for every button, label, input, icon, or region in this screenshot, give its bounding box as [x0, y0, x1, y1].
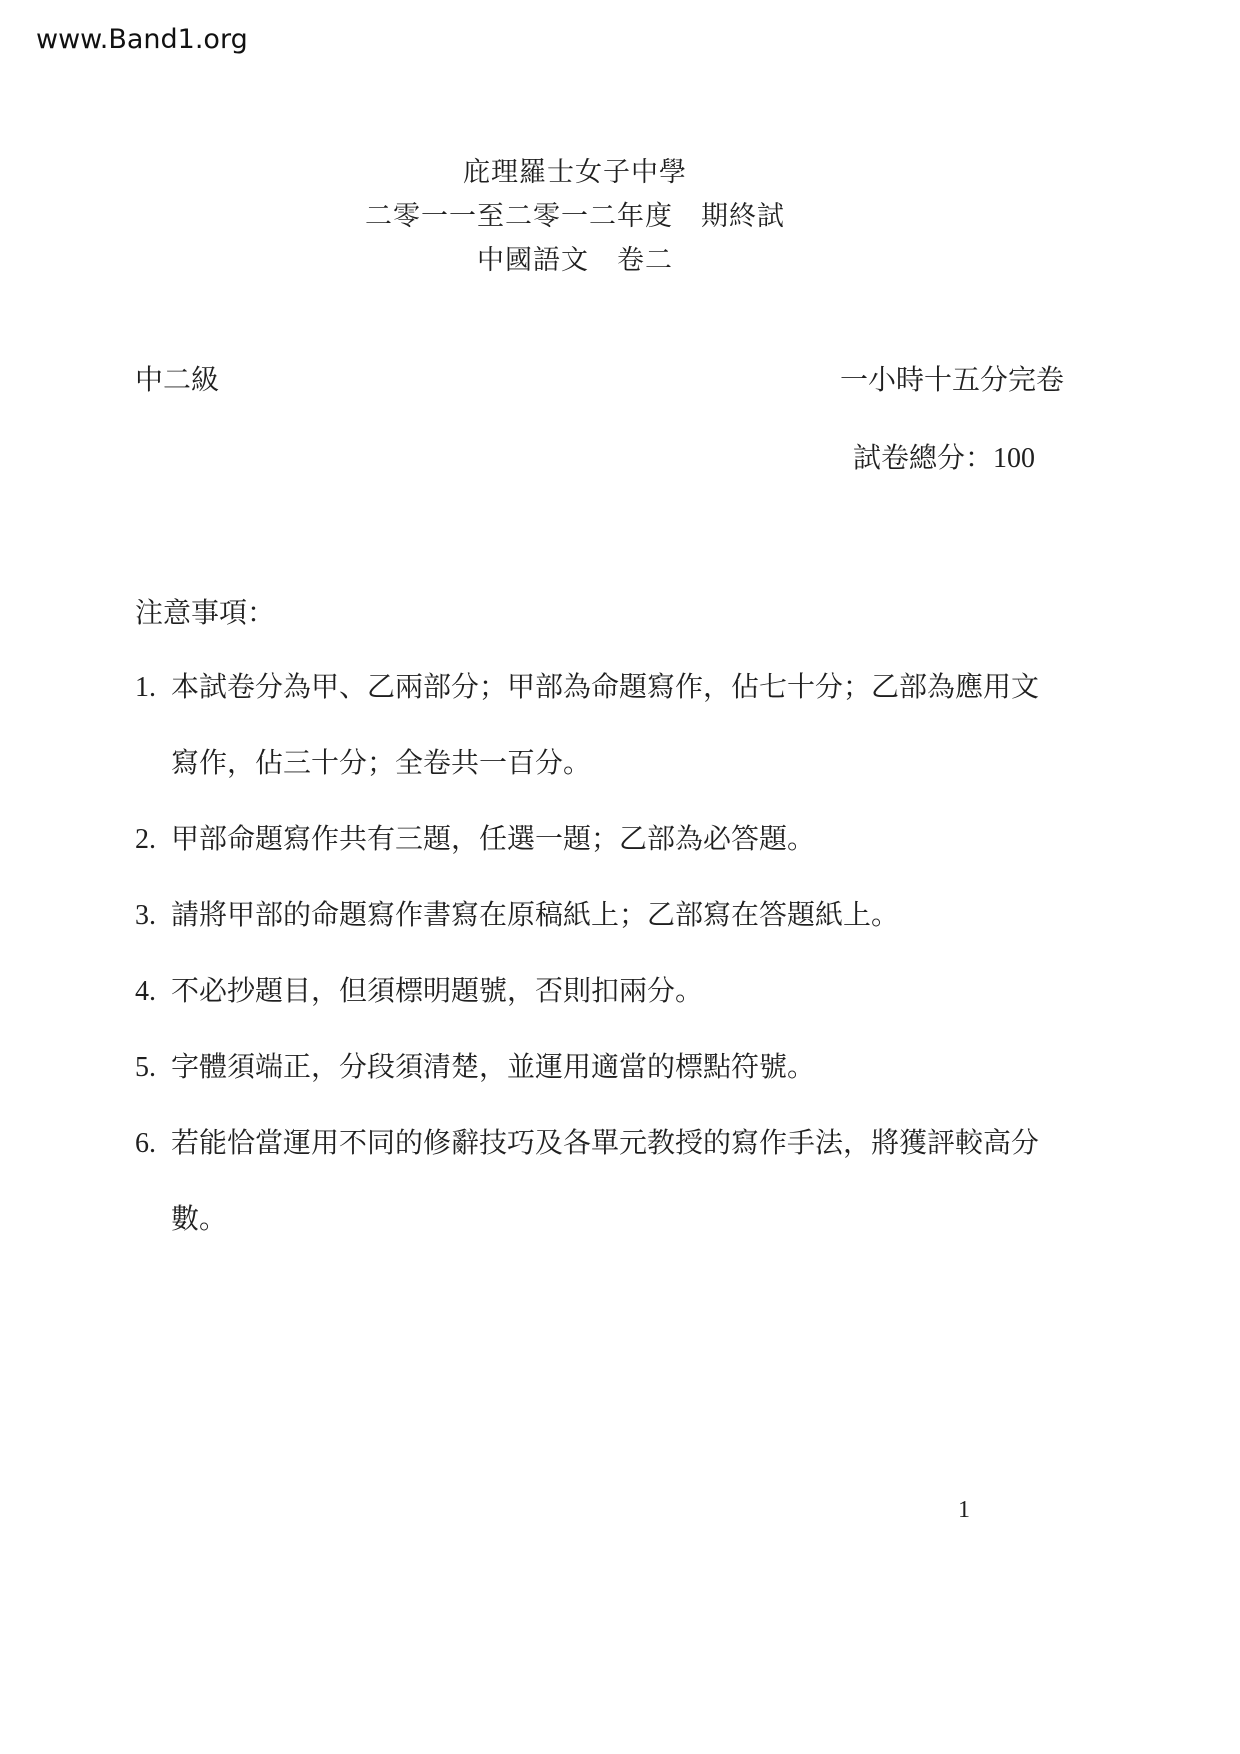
instruction-text: 請將甲部的命題寫作書寫在原稿紙上；乙部寫在答題紙上。: [171, 878, 1047, 954]
instruction-item: 2. 甲部命題寫作共有三題，任選一題；乙部為必答題。: [135, 802, 1050, 878]
instruction-list: 1. 本試卷分為甲、乙兩部分；甲部為命題寫作，佔七十分；乙部為應用文寫作，佔三十…: [135, 650, 1050, 1258]
duration-label: 一小時十五分完卷: [840, 358, 1064, 398]
exam-year-title: 二零一一至二零一二年度 期終試: [135, 194, 1015, 238]
instruction-text: 不必抄題目，但須標明題號，否則扣兩分。: [171, 954, 1047, 1030]
instruction-number: 6.: [135, 1106, 171, 1182]
instruction-number: 3.: [135, 878, 171, 954]
instruction-item: 5. 字體須端正，分段須清楚，並運用適當的標點符號。: [135, 1030, 1050, 1106]
title-block: 庇理羅士女子中學 二零一一至二零一二年度 期終試 中國語文 卷二: [135, 150, 1015, 282]
instruction-item: 3. 請將甲部的命題寫作書寫在原稿紙上；乙部寫在答題紙上。: [135, 878, 1050, 954]
grade-row: 中二級 一小時十五分完卷: [135, 358, 1065, 398]
grade-label: 中二級: [135, 358, 219, 398]
page-number: 1: [958, 1497, 970, 1524]
instruction-item: 4. 不必抄題目，但須標明題號，否則扣兩分。: [135, 954, 1050, 1030]
instruction-text: 本試卷分為甲、乙兩部分；甲部為命題寫作，佔七十分；乙部為應用文寫作，佔三十分；全…: [171, 650, 1047, 802]
subject-paper-title: 中國語文 卷二: [135, 238, 1015, 282]
instructions-heading: 注意事項：: [135, 591, 275, 631]
instruction-number: 4.: [135, 954, 171, 1030]
instruction-number: 2.: [135, 802, 171, 878]
school-name: 庇理羅士女子中學: [135, 150, 1015, 194]
exam-paper-page: www.Band1.org 庇理羅士女子中學 二零一一至二零一二年度 期終試 中…: [0, 0, 1240, 1754]
instruction-text: 甲部命題寫作共有三題，任選一題；乙部為必答題。: [171, 802, 1047, 878]
instruction-item: 1. 本試卷分為甲、乙兩部分；甲部為命題寫作，佔七十分；乙部為應用文寫作，佔三十…: [135, 650, 1050, 802]
instruction-text: 若能恰當運用不同的修辭技巧及各單元教授的寫作手法，將獲評較高分數。: [171, 1106, 1047, 1258]
instruction-text: 字體須端正，分段須清楚，並運用適當的標點符號。: [171, 1030, 1047, 1106]
instruction-number: 1.: [135, 650, 171, 726]
total-score-label: 試卷總分：100: [853, 436, 1035, 476]
instruction-item: 6. 若能恰當運用不同的修辭技巧及各單元教授的寫作手法，將獲評較高分數。: [135, 1106, 1050, 1258]
site-watermark: www.Band1.org: [36, 24, 248, 55]
instruction-number: 5.: [135, 1030, 171, 1106]
